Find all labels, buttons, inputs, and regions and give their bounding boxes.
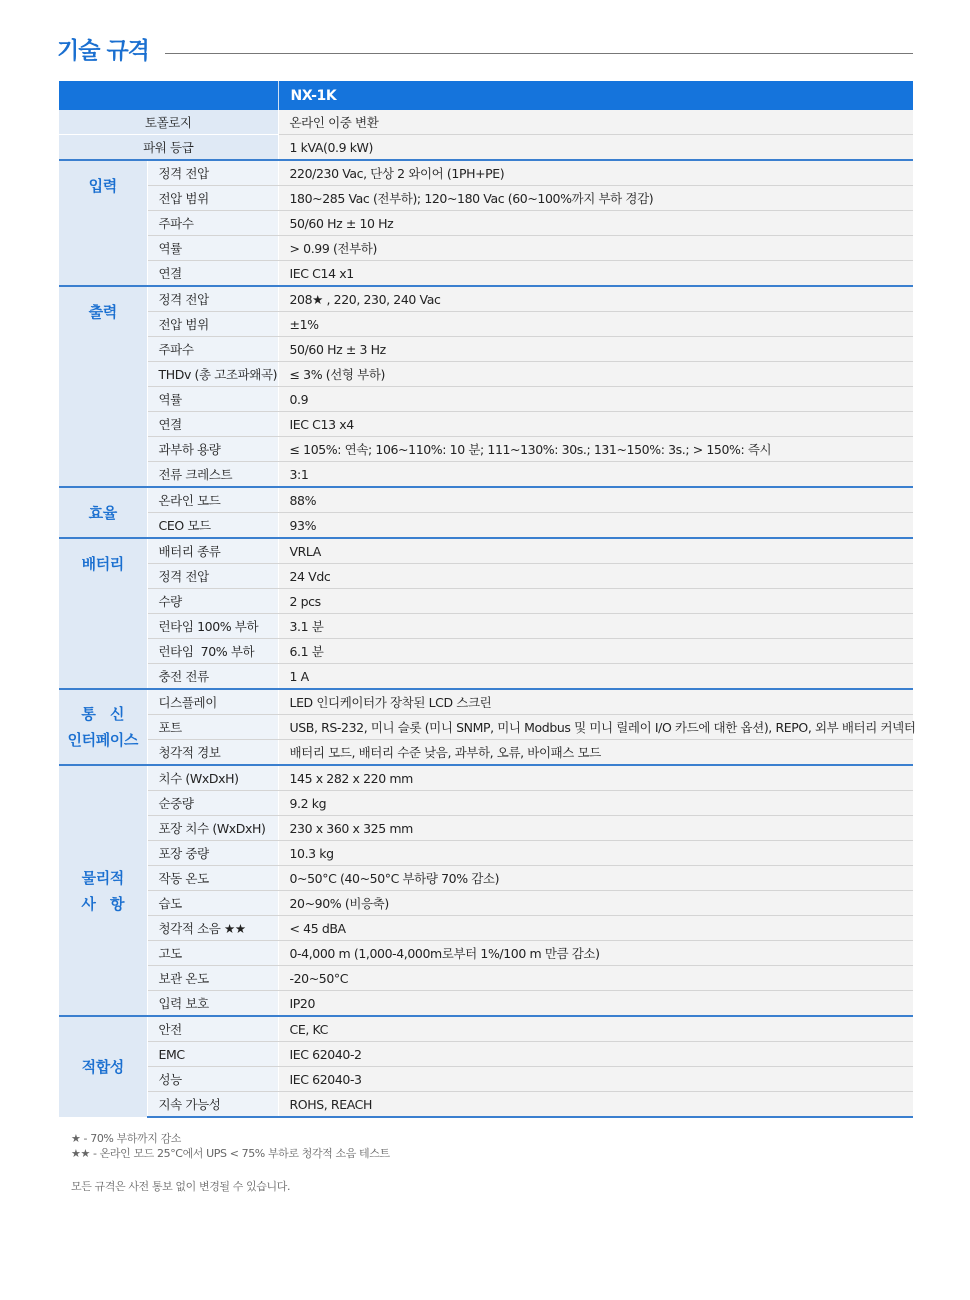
row-label: 충전 전류 <box>147 664 278 690</box>
row-label: 주파수 <box>147 211 278 236</box>
row-value: ±1% <box>278 312 913 337</box>
row-label: 토폴로지 <box>59 110 278 135</box>
row-label: 고도 <box>147 941 278 966</box>
row-value: 93% <box>278 513 913 539</box>
row-value: 20~90% (비응축) <box>278 891 913 916</box>
category-label: 배터리 <box>59 551 147 577</box>
row-label: 디스플레이 <box>147 689 278 715</box>
row-label: 포장 치수 (WxDxH) <box>147 816 278 841</box>
disclaimer: 모든 규격은 사전 통보 없이 변경될 수 있습니다. <box>71 1179 390 1194</box>
table-row: THDv (총 고조파왜곡)≤ 3% (선형 부하) <box>59 362 913 387</box>
spec-table: NX-1K 토폴로지 온라인 이중 변환 파워 등급 1 kVA(0.9 kW)… <box>59 81 914 1118</box>
category-label: 적합성 <box>59 1054 147 1080</box>
row-label: 전압 범위 <box>147 186 278 211</box>
row-label: 런타임 100% 부하 <box>147 614 278 639</box>
table-row: 배터리배터리 종류VRLA <box>59 538 913 564</box>
title-divider <box>165 53 913 54</box>
row-value: CE, KC <box>278 1016 913 1042</box>
row-value: 230 x 360 x 325 mm <box>278 816 913 841</box>
row-value: 0-4,000 m (1,000-4,000m로부터 1%/100 m 만큼 감… <box>278 941 913 966</box>
row-value: 3.1 분 <box>278 614 913 639</box>
row-value: 0.9 <box>278 387 913 412</box>
row-value: 50/60 Hz ± 10 Hz <box>278 211 913 236</box>
row-value: IEC 62040-2 <box>278 1042 913 1067</box>
table-row: 주파수50/60 Hz ± 3 Hz <box>59 337 913 362</box>
row-label: 정격 전압 <box>147 160 278 186</box>
row-value: 10.3 kg <box>278 841 913 866</box>
table-row: 통 신인터페이스디스플레이LED 인디케이터가 장착된 LCD 스크린 <box>59 689 913 715</box>
table-row: EMCIEC 62040-2 <box>59 1042 913 1067</box>
row-value: 9.2 kg <box>278 791 913 816</box>
row-label: 전압 범위 <box>147 312 278 337</box>
category-output: 출력 <box>59 286 147 487</box>
category-label: 물리적 <box>59 865 147 891</box>
table-row: 지속 가능성ROHS, REACH <box>59 1092 913 1118</box>
row-label: 청각적 소음 ★★ <box>147 916 278 941</box>
row-label: 포장 중량 <box>147 841 278 866</box>
row-label: 습도 <box>147 891 278 916</box>
row-value: 배터리 모드, 배터리 수준 낮음, 과부하, 오류, 바이패스 모드 <box>278 740 913 766</box>
table-row: 청각적 소음 ★★< 45 dBA <box>59 916 913 941</box>
category-input: 입력 <box>59 160 147 286</box>
row-value: IEC C13 x4 <box>278 412 913 437</box>
row-value: ROHS, REACH <box>278 1092 913 1118</box>
row-value: 0~50°C (40~50°C 부하량 70% 감소) <box>278 866 913 891</box>
table-row: 물리적사 항치수 (WxDxH)145 x 282 x 220 mm <box>59 765 913 791</box>
row-label: 연결 <box>147 412 278 437</box>
table-row: 보관 온도-20~50°C <box>59 966 913 991</box>
row-value: ≤ 3% (선형 부하) <box>278 362 913 387</box>
row-value: ≤ 105%: 연속; 106~110%: 10 분; 111~130%: 30… <box>278 437 913 462</box>
table-row-power-rating: 파워 등급 1 kVA(0.9 kW) <box>59 135 913 161</box>
table-row: 전압 범위±1% <box>59 312 913 337</box>
category-label: 출력 <box>59 299 147 325</box>
table-row: 연결IEC C13 x4 <box>59 412 913 437</box>
table-header-row: NX-1K <box>59 81 913 110</box>
row-value: < 45 dBA <box>278 916 913 941</box>
row-label: 과부하 용량 <box>147 437 278 462</box>
table-row: 전류 크레스트3:1 <box>59 462 913 488</box>
row-label: 파워 등급 <box>59 135 278 161</box>
row-label: 보관 온도 <box>147 966 278 991</box>
row-value: 220/230 Vac, 단상 2 와이어 (1PH+PE) <box>278 160 913 186</box>
table-row: 순중량9.2 kg <box>59 791 913 816</box>
table-row: 충전 전류1 A <box>59 664 913 690</box>
footnote-double-star: ★★ - 온라인 모드 25°C에서 UPS < 75% 부하로 청각적 소음 … <box>71 1146 390 1161</box>
category-label: 통 신 <box>59 701 147 727</box>
row-label: 지속 가능성 <box>147 1092 278 1118</box>
table-row: 연결IEC C14 x1 <box>59 261 913 287</box>
table-row: 입력정격 전압220/230 Vac, 단상 2 와이어 (1PH+PE) <box>59 160 913 186</box>
row-value: 1 kVA(0.9 kW) <box>278 135 913 161</box>
row-label: 치수 (WxDxH) <box>147 765 278 791</box>
row-label: 주파수 <box>147 337 278 362</box>
table-row: 포장 중량10.3 kg <box>59 841 913 866</box>
row-label: 역률 <box>147 236 278 261</box>
row-label: 역률 <box>147 387 278 412</box>
row-value: LED 인디케이터가 장착된 LCD 스크린 <box>278 689 913 715</box>
header-model-cell: NX-1K <box>278 81 913 110</box>
footnote-star: ★ - 70% 부하까지 감소 <box>71 1131 390 1146</box>
row-value: 24 Vdc <box>278 564 913 589</box>
table-row: 성능IEC 62040-3 <box>59 1067 913 1092</box>
row-label: 순중량 <box>147 791 278 816</box>
category-battery: 배터리 <box>59 538 147 689</box>
row-label: CEO 모드 <box>147 513 278 539</box>
category-physical: 물리적사 항 <box>59 765 147 1016</box>
row-label: 수량 <box>147 589 278 614</box>
table-row: CEO 모드93% <box>59 513 913 539</box>
row-value: IEC C14 x1 <box>278 261 913 287</box>
row-label: 런타임 70% 부하 <box>147 639 278 664</box>
row-label: 온라인 모드 <box>147 487 278 513</box>
row-value: 6.1 분 <box>278 639 913 664</box>
category-compliance: 적합성 <box>59 1016 147 1117</box>
table-row: 런타임 70% 부하6.1 분 <box>59 639 913 664</box>
row-value: IEC 62040-3 <box>278 1067 913 1092</box>
row-label: 작동 온도 <box>147 866 278 891</box>
category-label-line2: 사 항 <box>59 891 147 917</box>
row-label: 정격 전압 <box>147 564 278 589</box>
category-efficiency: 효율 <box>59 487 147 538</box>
row-value: IP20 <box>278 991 913 1017</box>
category-label: 효율 <box>59 500 147 526</box>
row-label: THDv (총 고조파왜곡) <box>147 362 278 387</box>
row-value: -20~50°C <box>278 966 913 991</box>
row-label: 청각적 경보 <box>147 740 278 766</box>
row-label: 연결 <box>147 261 278 287</box>
table-row-topology: 토폴로지 온라인 이중 변환 <box>59 110 913 135</box>
row-value: VRLA <box>278 538 913 564</box>
table-row: 고도0-4,000 m (1,000-4,000m로부터 1%/100 m 만큼… <box>59 941 913 966</box>
row-value: 3:1 <box>278 462 913 488</box>
table-row: 포장 치수 (WxDxH)230 x 360 x 325 mm <box>59 816 913 841</box>
table-row: 출력정격 전압208★ , 220, 230, 240 Vac <box>59 286 913 312</box>
row-value: 88% <box>278 487 913 513</box>
row-value: 180~285 Vac (전부하); 120~180 Vac (60~100%까… <box>278 186 913 211</box>
section-header: 기술 규격 <box>57 30 913 66</box>
table-row: 주파수50/60 Hz ± 10 Hz <box>59 211 913 236</box>
category-label: 입력 <box>59 173 147 199</box>
table-row: 입력 보호IP20 <box>59 991 913 1017</box>
table-row: 청각적 경보배터리 모드, 배터리 수준 낮음, 과부하, 오류, 바이패스 모… <box>59 740 913 766</box>
row-value: 208★ , 220, 230, 240 Vac <box>278 286 913 312</box>
table-row: 습도20~90% (비응축) <box>59 891 913 916</box>
row-value: 1 A <box>278 664 913 690</box>
table-row: 효율온라인 모드88% <box>59 487 913 513</box>
table-row: 런타임 100% 부하3.1 분 <box>59 614 913 639</box>
table-row: 과부하 용량≤ 105%: 연속; 106~110%: 10 분; 111~13… <box>59 437 913 462</box>
table-row: 포트USB, RS-232, 미니 슬롯 (미니 SNMP, 미니 Modbus… <box>59 715 913 740</box>
table-row: 전압 범위180~285 Vac (전부하); 120~180 Vac (60~… <box>59 186 913 211</box>
footnotes: ★ - 70% 부하까지 감소 ★★ - 온라인 모드 25°C에서 UPS <… <box>71 1131 390 1194</box>
row-value: 145 x 282 x 220 mm <box>278 765 913 791</box>
table-row: 역률> 0.99 (전부하) <box>59 236 913 261</box>
row-value: 온라인 이중 변환 <box>278 110 913 135</box>
row-value: 50/60 Hz ± 3 Hz <box>278 337 913 362</box>
table-row: 작동 온도0~50°C (40~50°C 부하량 70% 감소) <box>59 866 913 891</box>
row-label: 입력 보호 <box>147 991 278 1017</box>
table-row: 역률0.9 <box>59 387 913 412</box>
table-row: 정격 전압24 Vdc <box>59 564 913 589</box>
table-row: 수량2 pcs <box>59 589 913 614</box>
category-label-line2: 인터페이스 <box>59 727 147 753</box>
row-value: USB, RS-232, 미니 슬롯 (미니 SNMP, 미니 Modbus 및… <box>278 715 913 740</box>
row-label: 정격 전압 <box>147 286 278 312</box>
table-row: 적합성안전CE, KC <box>59 1016 913 1042</box>
row-value: > 0.99 (전부하) <box>278 236 913 261</box>
row-label: 성능 <box>147 1067 278 1092</box>
row-label: EMC <box>147 1042 278 1067</box>
row-label: 포트 <box>147 715 278 740</box>
row-label: 안전 <box>147 1016 278 1042</box>
row-value: 2 pcs <box>278 589 913 614</box>
page-title: 기술 규격 <box>57 32 149 65</box>
header-blank-cell <box>59 81 278 110</box>
row-label: 배터리 종류 <box>147 538 278 564</box>
category-communication: 통 신인터페이스 <box>59 689 147 765</box>
row-label: 전류 크레스트 <box>147 462 278 488</box>
